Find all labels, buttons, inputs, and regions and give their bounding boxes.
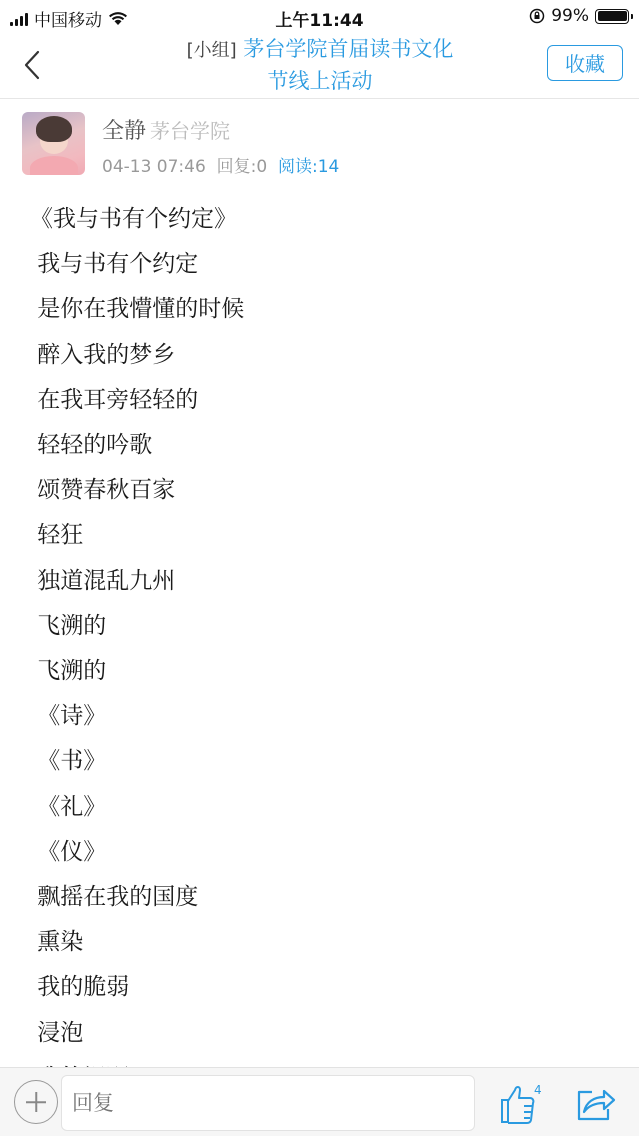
- reply-input[interactable]: [61, 1075, 475, 1131]
- content-line: 熏染: [30, 920, 620, 965]
- author-group: 茅台学院: [150, 119, 230, 143]
- content-line: 是你在我懵懂的时候: [30, 287, 620, 332]
- content-line: 《诗》: [30, 694, 620, 739]
- content-line: 《我与书有个约定》: [30, 197, 620, 242]
- content-line: 我与书有个约定: [30, 242, 620, 287]
- battery-percent: 99%: [551, 6, 589, 26]
- content-line: 浸泡: [30, 1011, 620, 1056]
- post-content: 《我与书有个约定》 我与书有个约定 是你在我懵懂的时候 醉入我的梦乡 在我耳旁轻…: [30, 197, 620, 1067]
- author-name[interactable]: 全静: [102, 119, 146, 144]
- title-line1: 茅台学院首届读书文化: [243, 37, 453, 61]
- share-icon[interactable]: [576, 1084, 616, 1122]
- rotation-lock-icon: [529, 8, 545, 24]
- content-line: 《礼》: [30, 785, 620, 830]
- content-line: 《书》: [30, 739, 620, 784]
- post-datetime: 04-13 07:46: [102, 157, 206, 177]
- avatar[interactable]: [22, 112, 85, 175]
- content-line: 《仪》: [30, 830, 620, 875]
- read-count: 阅读:14: [278, 157, 339, 177]
- content-line: 在我耳旁轻轻的: [30, 378, 620, 423]
- content-line: 轻狂: [30, 513, 620, 558]
- content-line: 我的脆弱: [30, 965, 620, 1010]
- page-title: [小组] 茅台学院首届读书文化 节线上活动: [150, 34, 490, 97]
- reply-count: 回复:0: [217, 157, 268, 177]
- content-line: 我的视野: [30, 1056, 620, 1067]
- favorite-button[interactable]: 收藏: [547, 45, 623, 81]
- like-count: 4: [534, 1083, 542, 1097]
- battery-icon: [595, 9, 629, 24]
- author-info: 全静茅台学院 04-13 07:46 回复:0 阅读:14: [22, 112, 622, 178]
- title-line2: 节线上活动: [150, 66, 490, 97]
- status-bar: 中国移动 上午11:44 99%: [0, 0, 639, 34]
- content-line: 独道混乱九州: [30, 559, 620, 604]
- content-line: 颂赞春秋百家: [30, 468, 620, 513]
- content-line: 飞溯的: [30, 604, 620, 649]
- content-line: 飞溯的: [30, 649, 620, 694]
- content-line: 轻轻的吟歌: [30, 423, 620, 468]
- bottom-bar: 4: [0, 1067, 639, 1136]
- author-name-row: 全静茅台学院: [102, 114, 230, 145]
- content-line: 醉入我的梦乡: [30, 333, 620, 378]
- post-meta: 04-13 07:46 回复:0 阅读:14: [102, 152, 339, 177]
- content-line: 飘摇在我的国度: [30, 875, 620, 920]
- title-tag: [小组]: [187, 40, 237, 61]
- nav-bar: [小组] 茅台学院首届读书文化 节线上活动 收藏: [0, 34, 639, 99]
- chevron-left-icon[interactable]: [18, 48, 48, 82]
- plus-icon[interactable]: [14, 1080, 58, 1124]
